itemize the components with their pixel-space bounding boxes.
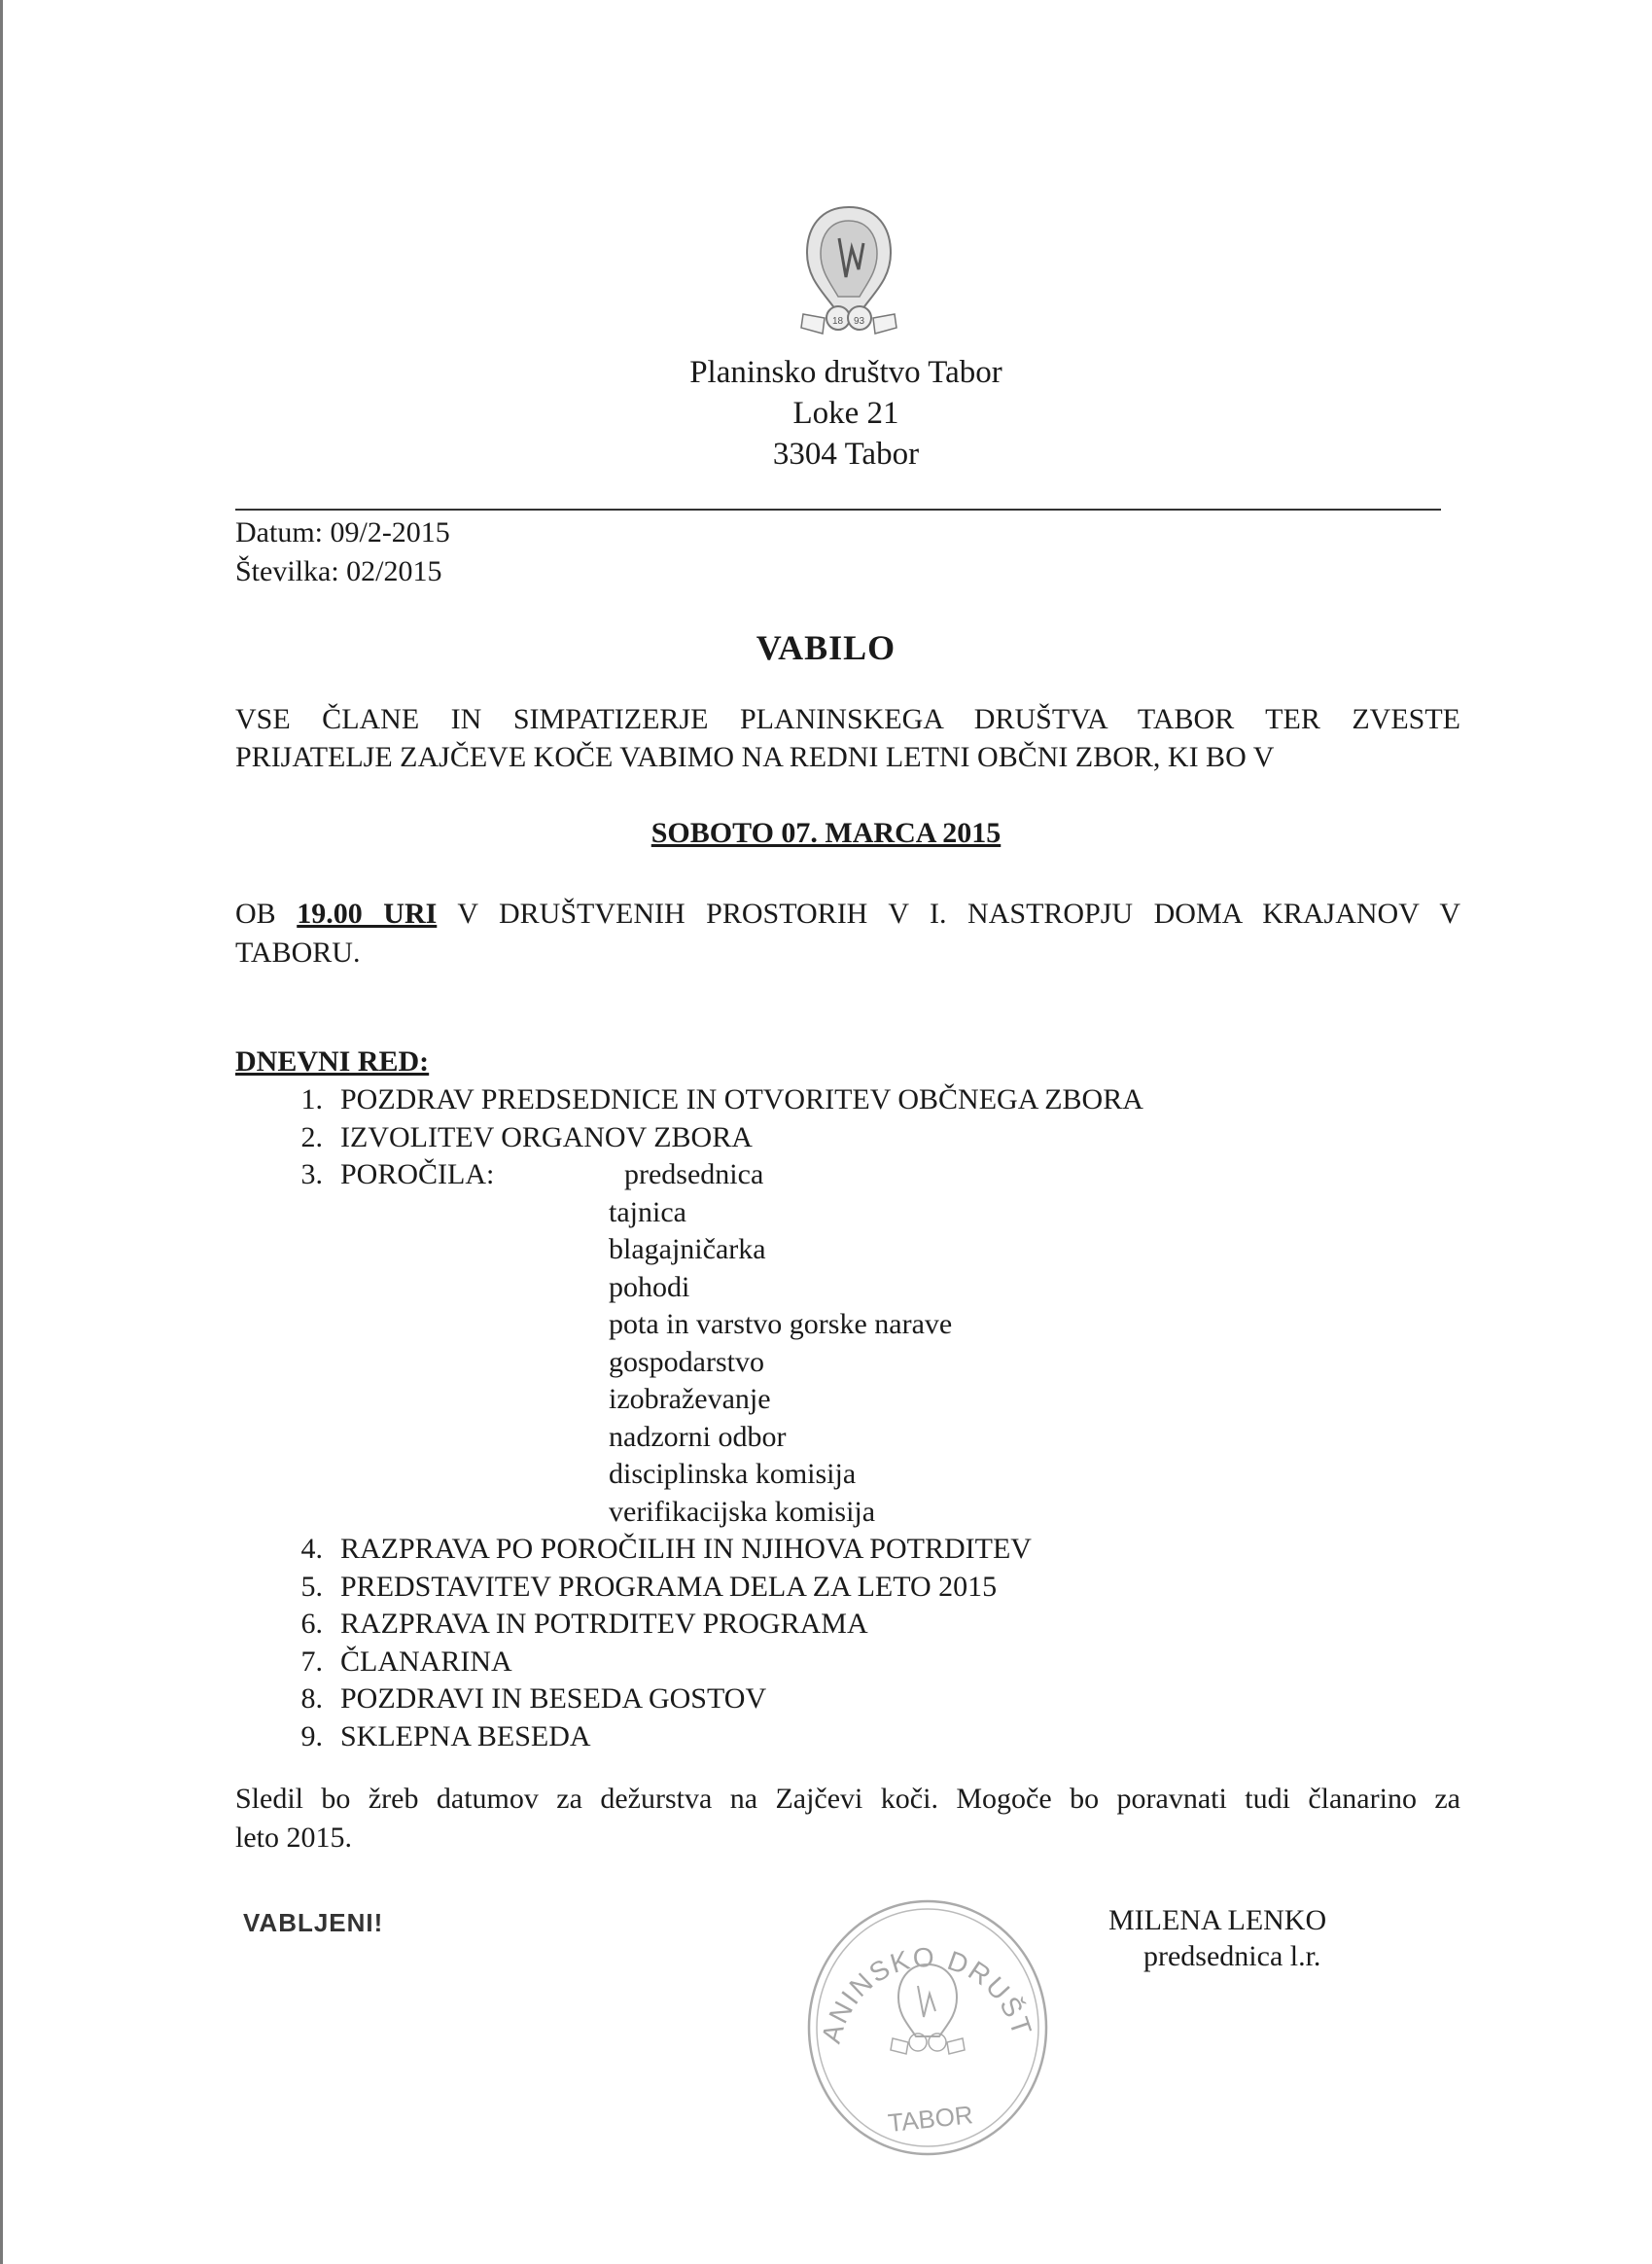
agenda-item-label: IZVOLITEV ORGANOV ZBORA [340,1119,753,1157]
agenda-title: DNEVNI RED: [235,1045,429,1079]
agenda-item-number: 7. [274,1644,340,1681]
agenda-item: 2.IZVOLITEV ORGANOV ZBORA [235,1119,1143,1157]
event-time-location: OB 19.00 URI V DRUŠTVENIH PROSTORIH V I.… [235,895,1460,973]
agenda-item: 8.POZDRAVI IN BESEDA GOSTOV [235,1680,1143,1718]
report-item: gospodarstvo [609,1344,764,1382]
agenda-item-label: ČLANARINA [340,1644,512,1681]
svg-text:PLANINSKO DRUŠTVO: PLANINSKO DRUŠTVO [803,1896,1037,2046]
intro-line-1: VSE ČLANE IN SIMPATIZERJE PLANINSKEGA DR… [235,700,1460,738]
document-date: Datum: 09/2-2015 [235,513,450,552]
signatory-role: predsednica l.r. [1143,1940,1320,1973]
svg-text:18: 18 [832,316,844,327]
closing-line-2: leto 2015. [235,1822,352,1854]
scan-left-edge [0,0,3,2264]
organization-name: Planinsko društvo Tabor [545,352,1147,393]
society-stamp-icon: PLANINSKO DRUŠTVO TABOR [803,1896,1052,2159]
organization-city: 3304 Tabor [545,434,1147,475]
agenda-item-label: SKLEPNA BESEDA [340,1718,591,1756]
event-time: 19.00 URI [297,898,437,930]
report-item: blagajničarka [609,1231,766,1269]
agenda-item-number: 1. [274,1081,340,1119]
agenda-item: 4.RAZPRAVA PO POROČILIH IN NJIHOVA POTRD… [235,1531,1143,1569]
agenda-item-label: POZDRAV PREDSEDNICE IN OTVORITEV OBČNEGA… [340,1081,1143,1119]
agenda-item-label: POROČILA: [340,1156,494,1194]
intro-line-2: PRIJATELJE ZAJČEVE KOČE VABIMO NA REDNI … [235,741,1274,773]
report-item: pohodi [609,1269,689,1307]
closing-line-1: Sledil bo žreb datumov za dežurstva na Z… [235,1780,1460,1819]
event-location-cont: TABORU. [235,937,360,969]
invitation-intro: VSE ČLANE IN SIMPATIZERJE PLANINSKEGA DR… [235,700,1460,776]
agenda-item-label: RAZPRAVA IN POTRDITEV PROGRAMA [340,1606,868,1644]
agenda-item-number: 8. [274,1680,340,1718]
agenda-item-number: 6. [274,1606,340,1644]
agenda-item: 3.POROČILA:predsednica [235,1156,1143,1194]
document-title: VABILO [0,627,1652,668]
agenda-item-number: 3. [274,1156,340,1194]
agenda-item-label: RAZPRAVA PO POROČILIH IN NJIHOVA POTRDIT… [340,1531,1032,1569]
organization-street: Loke 21 [545,393,1147,434]
pzs-emblem-icon: 18 93 [795,199,902,345]
time-prefix: OB [235,898,276,930]
document-number: Številka: 02/2015 [235,552,442,591]
greeting: VABLJENI! [243,1908,383,1938]
report-item: predsednica [624,1156,763,1194]
report-item: disciplinska komisija [609,1456,856,1494]
signatory-name: MILENA LENKO [1108,1904,1326,1937]
agenda-item-number: 2. [274,1119,340,1157]
event-location: V DRUŠTVENIH PROSTORIH V I. NASTROPJU DO… [457,898,1460,930]
agenda-item: 1.POZDRAV PREDSEDNICE IN OTVORITEV OBČNE… [235,1081,1143,1119]
agenda-item: 6.RAZPRAVA IN POTRDITEV PROGRAMA [235,1606,1143,1644]
agenda-item-number: 9. [274,1718,340,1756]
agenda-item-label: PREDSTAVITEV PROGRAMA DELA ZA LETO 2015 [340,1569,997,1607]
agenda-item: 9.SKLEPNA BESEDA [235,1718,1143,1756]
agenda-item-label: POZDRAVI IN BESEDA GOSTOV [340,1680,766,1718]
header-divider [235,509,1441,511]
report-item: tajnica [609,1194,686,1232]
event-date: SOBOTO 07. MARCA 2015 [0,817,1652,850]
report-item: verifikacijska komisija [609,1494,875,1532]
event-date-text: SOBOTO 07. MARCA 2015 [651,817,1002,849]
agenda-item: 5.PREDSTAVITEV PROGRAMA DELA ZA LETO 201… [235,1569,1143,1607]
agenda-item: 7.ČLANARINA [235,1644,1143,1681]
svg-text:TABOR: TABOR [887,2100,974,2138]
agenda-item-number: 5. [274,1569,340,1607]
agenda-list: 1.POZDRAV PREDSEDNICE IN OTVORITEV OBČNE… [235,1081,1143,1755]
agenda-item-number: 4. [274,1531,340,1569]
closing-note: Sledil bo žreb datumov za dežurstva na Z… [235,1780,1460,1857]
report-item: pota in varstvo gorske narave [609,1306,952,1344]
report-item: nadzorni odbor [609,1419,786,1457]
svg-text:93: 93 [854,316,865,327]
report-item: izobraževanje [609,1381,771,1419]
